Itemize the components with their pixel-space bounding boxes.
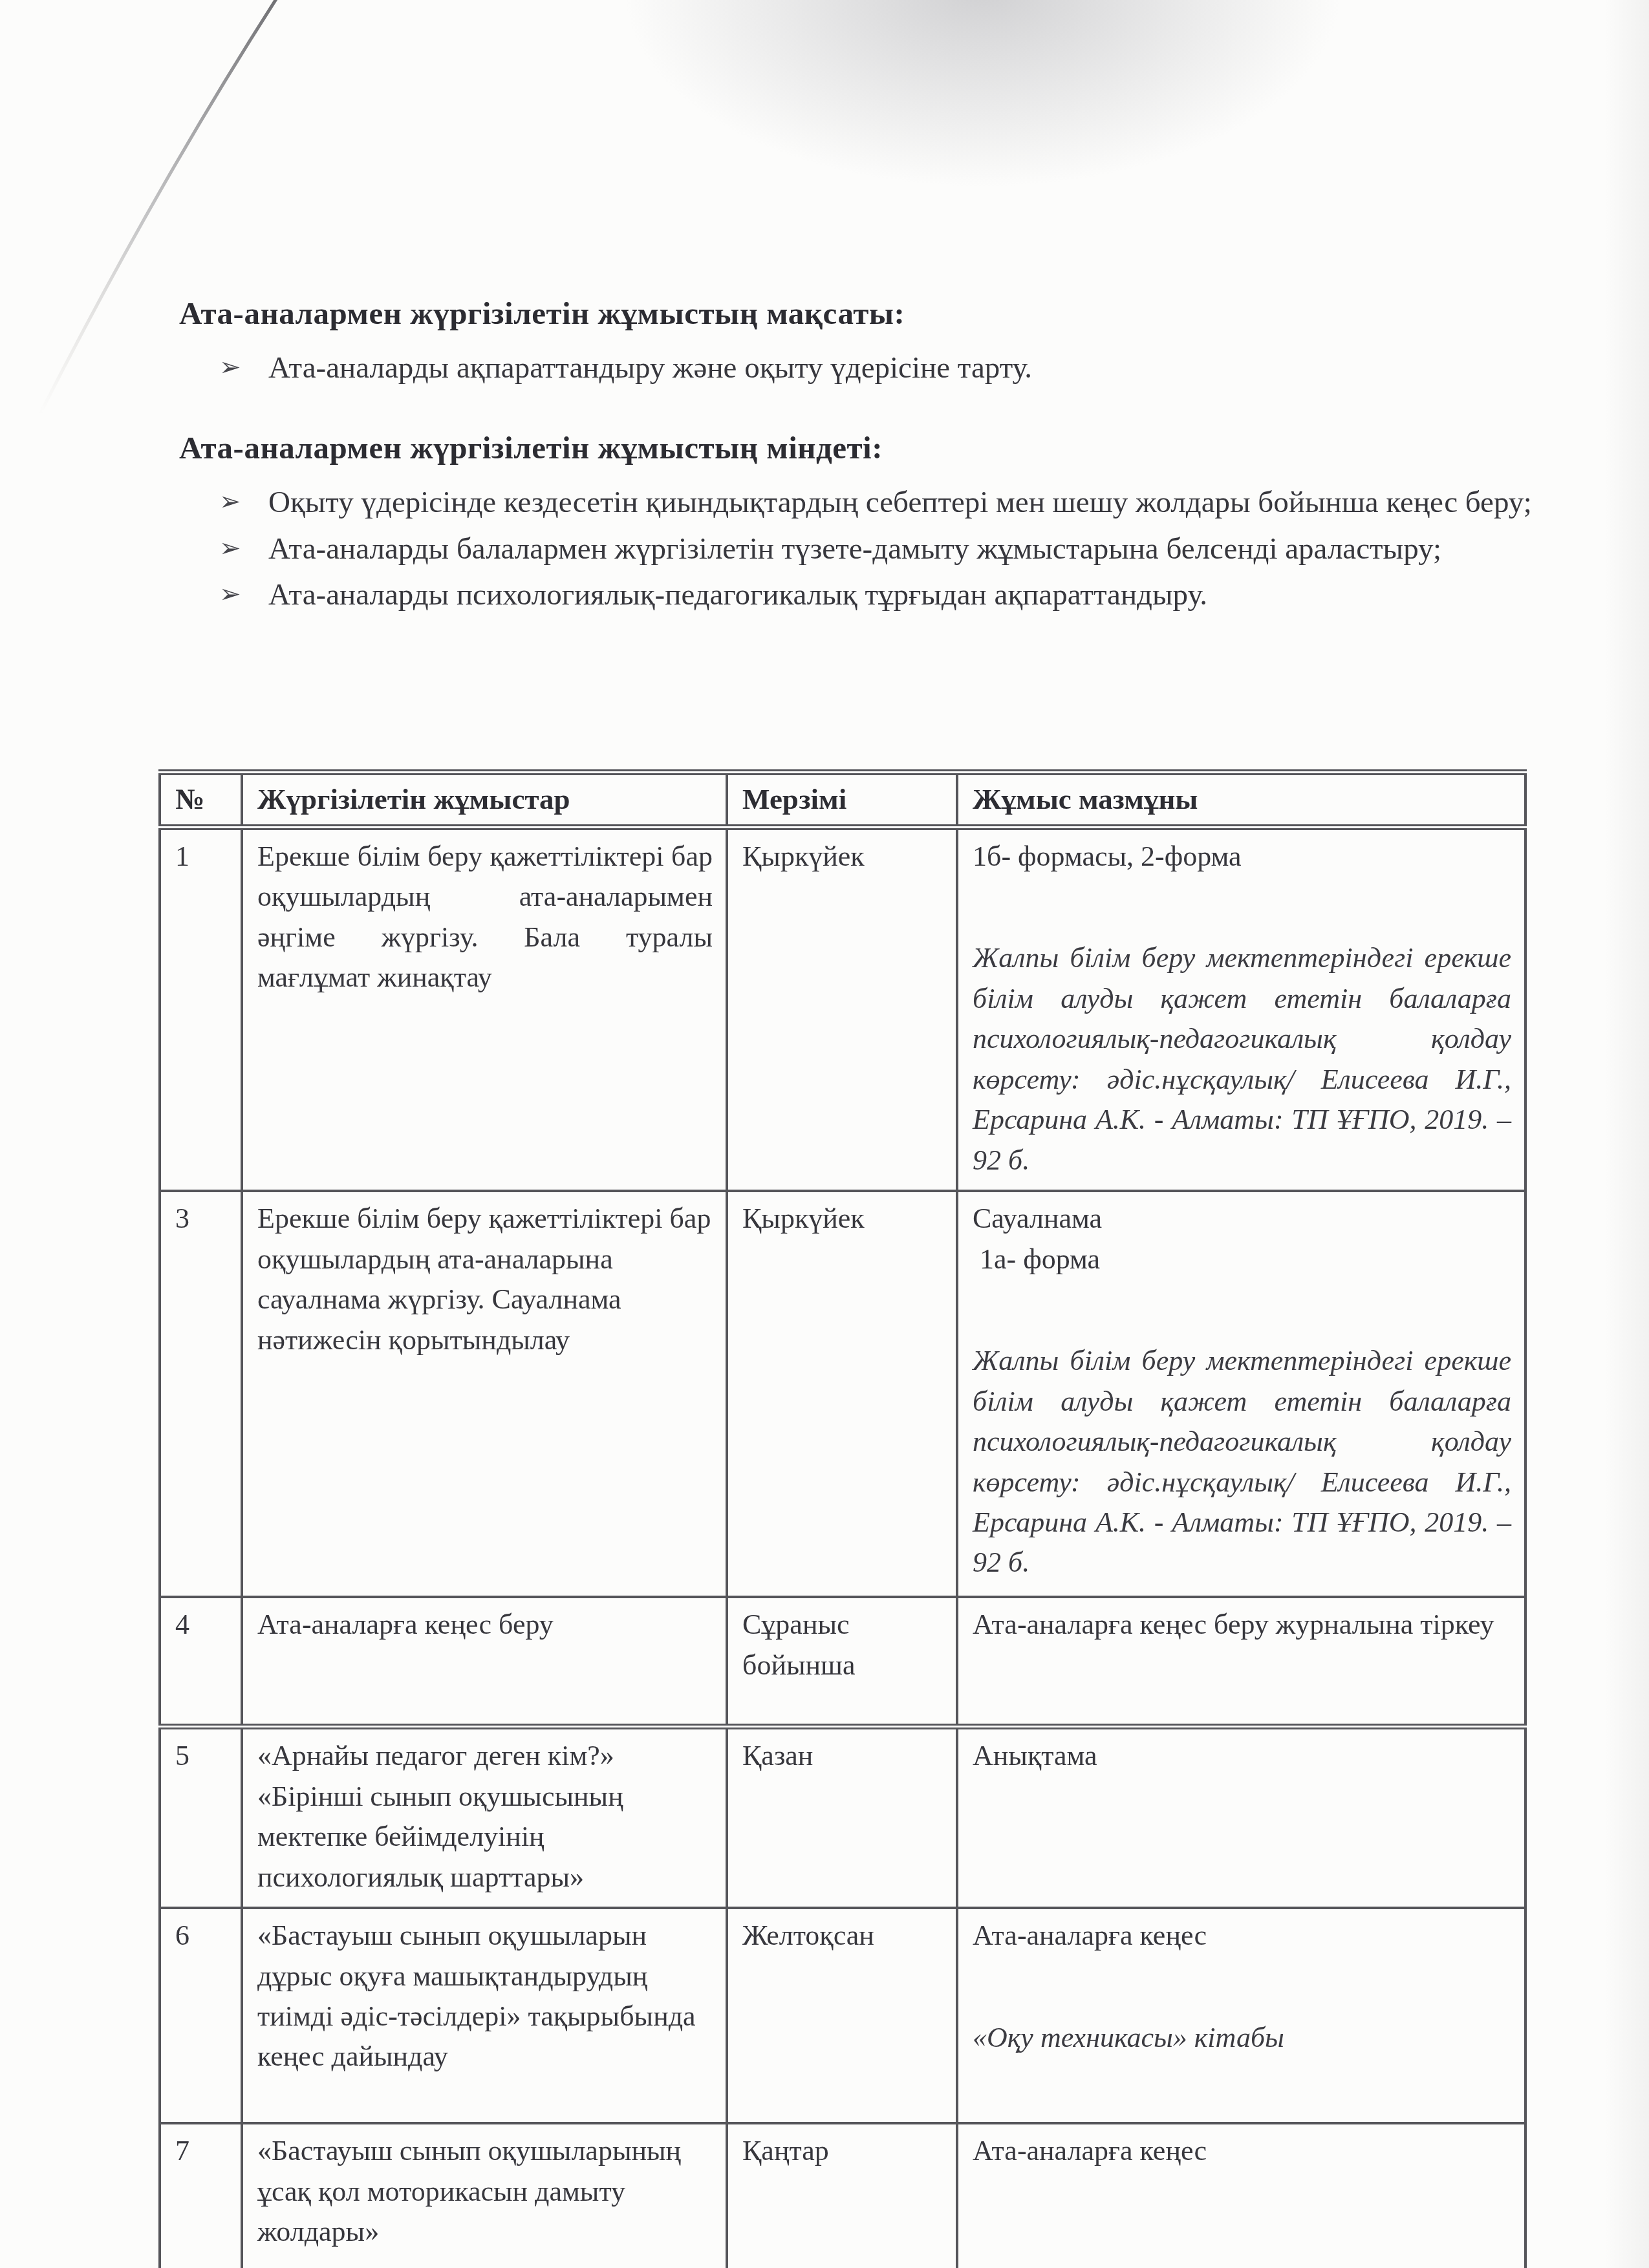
content-text: Ата-аналарға кеңес bbox=[973, 1916, 1511, 1956]
task-list-item: ➢ Ата-аналарды психологиялық-педагогикал… bbox=[179, 573, 1533, 617]
work-plan-table: № Жүргізілетін жұмыстар Мерзімі Жұмыс ма… bbox=[158, 769, 1527, 2268]
term-cell: Қаңтар bbox=[727, 2123, 957, 2268]
arrow-bullet-icon: ➢ bbox=[219, 575, 241, 613]
table-row: 3 Ерекше білім беру қажеттіліктері бар о… bbox=[160, 1191, 1525, 1597]
term-cell: Қазан bbox=[727, 1727, 957, 1908]
table-row: 7 «Бастауыш сынып оқушыларының ұсақ қол … bbox=[160, 2123, 1525, 2268]
work-cell: Ерекше білім беру қажеттіліктері бар оқу… bbox=[242, 1191, 727, 1597]
task-list-item-text: Ата-аналарды психологиялық-педагогикалық… bbox=[268, 578, 1207, 612]
arrow-bullet-icon: ➢ bbox=[219, 530, 241, 567]
term-cell: Сұраныс бойынша bbox=[727, 1597, 957, 1727]
arrow-bullet-icon: ➢ bbox=[219, 483, 241, 520]
task-list-item-text: Ата-аналарды балалармен жүргізілетін түз… bbox=[268, 532, 1441, 566]
goal-list-item-text: Ата-аналарды ақпараттандыру және оқыту ү… bbox=[268, 351, 1032, 385]
header-cell-number: № bbox=[160, 773, 242, 828]
content-cell: Ата-аналарға кеңес bbox=[957, 2123, 1525, 2268]
work-cell: «Бастауыш сынып оқушыларының ұсақ қол мо… bbox=[242, 2123, 727, 2268]
content-cell: Ата-аналарға кеңес «Оқу техникасы» кітаб… bbox=[957, 1908, 1525, 2123]
content-reference-text: Жалпы білім беру мектептеріндегі ерекше … bbox=[973, 1341, 1511, 1583]
content-reference-text: «Оқу техникасы» кітабы bbox=[973, 2018, 1511, 2058]
task-list-item: ➢ Ата-аналарды балалармен жүргізілетін т… bbox=[179, 527, 1533, 572]
row-number-cell: 7 bbox=[160, 2123, 242, 2268]
scanned-document-page: Ата-аналармен жүргізілетін жұмыстың мақс… bbox=[0, 0, 1649, 2268]
term-cell: Қыркүйек bbox=[727, 1191, 957, 1597]
work-cell: «Арнайы педагог деген кім?» «Бірінші сын… bbox=[242, 1727, 727, 1908]
content-text: Анықтама bbox=[973, 1736, 1511, 1776]
content-cell: Сауалнама 1а- форма Жалпы білім беру мек… bbox=[957, 1191, 1525, 1597]
row-number-cell: 6 bbox=[160, 1908, 242, 2123]
task-heading: Ата-аналармен жүргізілетін жұмыстың мінд… bbox=[179, 429, 1533, 467]
header-cell-work: Жүргізілетін жұмыстар bbox=[242, 773, 727, 828]
table-header-row: № Жүргізілетін жұмыстар Мерзімі Жұмыс ма… bbox=[160, 773, 1525, 828]
table-row: 4 Ата-аналарға кеңес беру Сұраныс бойынш… bbox=[160, 1597, 1525, 1727]
task-list-item: ➢ Оқыту үдерісінде кездесетін қиындықтар… bbox=[179, 480, 1533, 525]
content-cell: 1б- формасы, 2-форма Жалпы білім беру ме… bbox=[957, 827, 1525, 1191]
arrow-bullet-icon: ➢ bbox=[219, 348, 241, 386]
header-cell-content: Жұмыс мазмұны bbox=[957, 773, 1525, 828]
row-number-cell: 1 bbox=[160, 827, 242, 1191]
content-cell: Анықтама bbox=[957, 1727, 1525, 1908]
task-list-item-text: Оқыту үдерісінде кездесетін қиындықтарды… bbox=[268, 486, 1532, 519]
goal-list: ➢ Ата-аналарды ақпараттандыру және оқыту… bbox=[179, 346, 1533, 390]
work-cell: Ата-аналарға кеңес беру bbox=[242, 1597, 727, 1727]
row-number-cell: 3 bbox=[160, 1191, 242, 1597]
intro-text-block: Ата-аналармен жүргізілетін жұмыстың мақс… bbox=[179, 294, 1533, 619]
row-number-cell: 5 bbox=[160, 1727, 242, 1908]
content-text: Ата-аналарға кеңес bbox=[973, 2131, 1511, 2171]
table-row: 5 «Арнайы педагог деген кім?» «Бірінші с… bbox=[160, 1727, 1525, 1908]
header-cell-term: Мерзімі bbox=[727, 773, 957, 828]
goal-heading: Ата-аналармен жүргізілетін жұмыстың мақс… bbox=[179, 294, 1533, 333]
term-cell: Қыркүйек bbox=[727, 827, 957, 1191]
table-row: 1 Ерекше білім беру қажеттіліктері бар о… bbox=[160, 827, 1525, 1191]
work-cell: Ерекше білім беру қажеттіліктері бар оқу… bbox=[242, 827, 727, 1191]
table-row: 6 «Бастауыш сынып оқушыларын дұрыс оқуға… bbox=[160, 1908, 1525, 2123]
content-text: Сауалнама 1а- форма bbox=[973, 1199, 1511, 1279]
row-number-cell: 4 bbox=[160, 1597, 242, 1727]
content-text: Ата-аналарға кеңес беру журналына тіркеу bbox=[973, 1605, 1511, 1645]
task-list: ➢ Оқыту үдерісінде кездесетін қиындықтар… bbox=[179, 480, 1533, 617]
term-cell: Желтоқсан bbox=[727, 1908, 957, 2123]
content-text: 1б- формасы, 2-форма bbox=[973, 837, 1511, 877]
scan-right-shade-artifact bbox=[1604, 0, 1649, 2268]
scan-shadow-artifact bbox=[530, 0, 1436, 336]
content-cell: Ата-аналарға кеңес беру журналына тіркеу bbox=[957, 1597, 1525, 1727]
goal-list-item: ➢ Ата-аналарды ақпараттандыру және оқыту… bbox=[179, 346, 1533, 390]
work-cell: «Бастауыш сынып оқушыларын дұрыс оқуға м… bbox=[242, 1908, 727, 2123]
content-reference-text: Жалпы білім беру мектептеріндегі ерекше … bbox=[973, 938, 1511, 1181]
